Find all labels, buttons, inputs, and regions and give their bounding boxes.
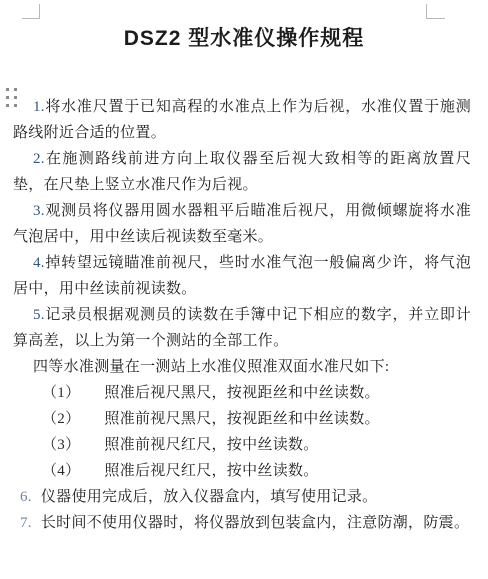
list-number: 4. — [33, 255, 45, 271]
document-title: DSZ2 型水准仪操作规程 — [0, 22, 488, 52]
numbered-paragraph: 5.记录员根据观测员的读数在手簿中记下相应的数字，并立即计算高差，以上为第一个测… — [13, 302, 471, 354]
list-number: 6. — [20, 489, 32, 505]
margin-crop-mark-top-right-icon — [426, 4, 445, 19]
paragraph-text: 记录员根据观测员的读数在手簿中记下相应的数字，并立即计算高差，以上为第一个测站的… — [13, 307, 471, 349]
sub-list-number: （4） — [42, 463, 80, 479]
numbered-paragraph: 2.在施测路线前进方向上取仪器至后视大致相等的距离放置尺垫，在尺垫上竖立水准尺作… — [13, 146, 471, 198]
drag-handle-dot — [14, 88, 17, 91]
sub-list-number: （2） — [42, 411, 80, 427]
numbered-paragraph: 4.掉转望远镜瞄准前视尺，些时水准气泡一般偏离少许，将气泡居中，用中丝读前视读数… — [13, 250, 471, 302]
sub-list-item: （3）照准前视尺红尺，按中丝读数。 — [13, 432, 471, 458]
sub-list-number: （3） — [42, 437, 80, 453]
list-number: 5. — [33, 307, 45, 323]
numbered-paragraph: 6.仪器使用完成后，放入仪器盒内，填写使用记录。 — [13, 484, 471, 510]
list-number: 7. — [20, 515, 32, 531]
paragraph-text: 仪器使用完成后，放入仪器盒内，填写使用记录。 — [41, 489, 378, 505]
sub-list-item: （1）照准后视尺黑尺，按视距丝和中丝读数。 — [13, 380, 471, 406]
intro-line: 四等水准测量在一测站上水准仪照准双面水准尺如下: — [13, 354, 471, 380]
margin-crop-mark-top-left-icon — [22, 4, 40, 19]
sub-item-text: 照准前视尺红尺，按中丝读数。 — [104, 437, 318, 453]
paragraph-text: 长时间不使用仪器时，将仪器放到包装盒内，注意防潮，防震。 — [41, 515, 469, 531]
sub-list-item: （2）照准前视尺黑尺，按视距丝和中丝读数。 — [13, 406, 471, 432]
paragraph-text: 观测员将仪器用圆水器粗平后瞄准后视尺，用微倾螺旋将水准气泡居中，用中丝读后视读数… — [13, 203, 471, 245]
drag-handle-dot — [6, 88, 9, 91]
list-number: 2. — [33, 151, 45, 167]
document-body: 1.将水准尺置于已知高程的水准点上作为后视，水准仪置于施测路线附近合适的位置。 … — [13, 94, 471, 536]
drag-handle-dot — [6, 104, 9, 107]
paragraph-text: 掉转望远镜瞄准前视尺，些时水准气泡一般偏离少许，将气泡居中，用中丝读前视读数。 — [13, 255, 471, 297]
numbered-paragraph: 3.观测员将仪器用圆水器粗平后瞄准后视尺，用微倾螺旋将水准气泡居中，用中丝读后视… — [13, 198, 471, 250]
sub-item-text: 照准后视尺黑尺，按视距丝和中丝读数。 — [104, 385, 379, 401]
sub-list-number: （1） — [42, 385, 80, 401]
sub-item-text: 照准后视尺红尺，按中丝读数。 — [104, 463, 318, 479]
sub-list-item: （4）照准后视尺红尺，按中丝读数。 — [13, 458, 471, 484]
paragraph-text: 将水准尺置于已知高程的水准点上作为后视，水准仪置于施测路线附近合适的位置。 — [13, 99, 471, 141]
numbered-paragraph: 7.长时间不使用仪器时，将仪器放到包装盒内，注意防潮，防震。 — [13, 510, 471, 536]
numbered-paragraph: 1.将水准尺置于已知高程的水准点上作为后视，水准仪置于施测路线附近合适的位置。 — [13, 94, 471, 146]
list-number: 1. — [33, 99, 45, 115]
list-number: 3. — [33, 203, 45, 219]
sub-item-text: 照准前视尺黑尺，按视距丝和中丝读数。 — [104, 411, 379, 427]
paragraph-text: 在施测路线前进方向上取仪器至后视大致相等的距离放置尺垫，在尺垫上竖立水准尺作为后… — [13, 151, 471, 193]
drag-handle-dot — [6, 96, 9, 99]
